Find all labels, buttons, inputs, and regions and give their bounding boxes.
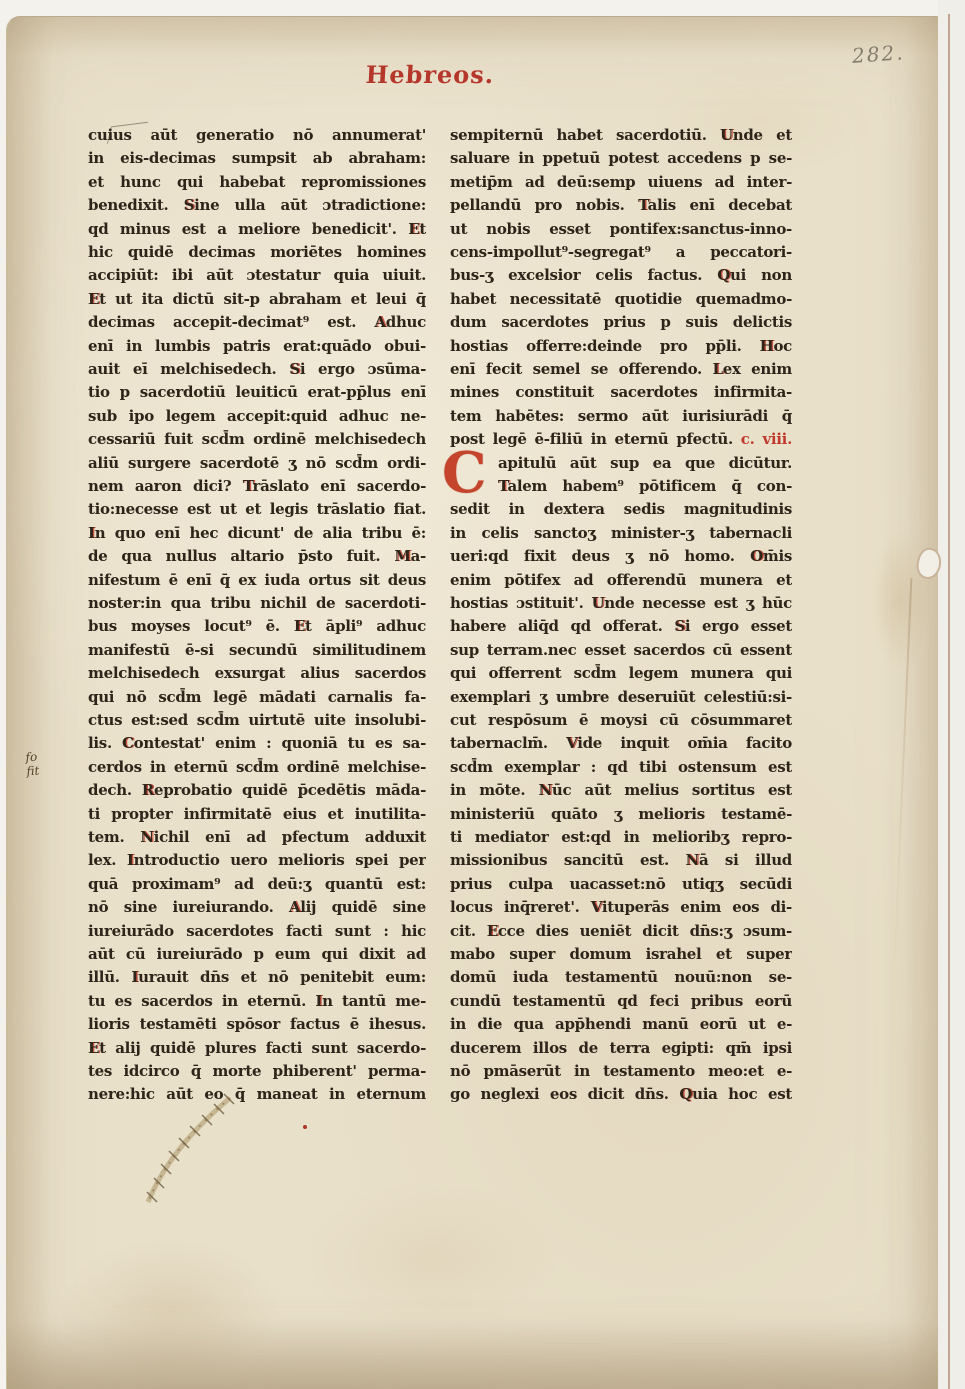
rubricated-capital: N <box>686 851 699 869</box>
text-line: hostias ɔstituit'. Unde necesse est ʒ hū… <box>450 592 792 615</box>
text-line: nō pmāserūt in testamento meo:et e- <box>450 1060 792 1083</box>
text-line: enī fecit semel se offerendo. Lex enim h… <box>450 358 792 381</box>
text-line: domū iuda testamentū nouū:non se- <box>450 966 792 989</box>
rubricated-capital: I <box>315 992 322 1010</box>
text-line: benedixit. Sine ulla aūt ɔtradictione: <box>88 194 426 217</box>
text-line: dum sacerdotes prius p suis delictis <box>450 311 792 334</box>
text-line: exemplari ʒ umbre deseruiūt celestiū:si- <box>450 686 792 709</box>
text-line: decimas accepit-decimat⁹ est. Adhuc <box>88 311 426 334</box>
rubricated-capital: I <box>88 524 95 542</box>
rubricated-capital: T <box>243 477 253 495</box>
text-line: prius culpa uacasset:nō utiqʒ secūdi <box>450 873 792 896</box>
text-line: in die qua app̄hendi manū eorū ut e- <box>450 1013 792 1036</box>
folio-number: 282. <box>851 40 905 68</box>
text-line: ti mediator est:qd in melioribʒ repro- <box>450 826 792 849</box>
rubricated-capital: E <box>88 1039 99 1057</box>
text-line: ut nobis esset pontifex:sanctus-inno- <box>450 218 792 241</box>
text-line: noster:in qua tribu nichil de sacerdoti- <box>88 592 426 615</box>
text-line: hostias offerre:deinde pro pp̄li. Hoc <box>450 335 792 358</box>
text-line: go neglexi eos dicit dn̄s. Quia hoc est <box>450 1083 792 1106</box>
text-line: locus inq̄reret'. Vituperās enim eos di- <box>450 896 792 919</box>
text-line: sup terram.nec esset sacerdos cū essent <box>450 639 792 662</box>
text-line: cit. Ecce dies ueniēt dicit dn̄s:ʒ ɔsum- <box>450 920 792 943</box>
parchment-repair-scar <box>118 1092 268 1242</box>
text-line: in eis-decimas sumpsit ab abraham: <box>88 147 426 170</box>
text-line: ministeriū quāto ʒ melioris testamē- <box>450 803 792 826</box>
rubricated-capital: E <box>294 617 305 635</box>
text-line: sedit in dextera sedis magnitudinis <box>450 498 792 521</box>
text-line: in mōte. Nūc aūt melius sortitus est <box>450 779 792 802</box>
rubricated-capital: L <box>712 360 722 378</box>
text-line: illū. Iurauit dn̄s et nō penitebit eum: <box>88 966 426 989</box>
text-line: bus moyses locut⁹ ē. Et āpli⁹ adhuc <box>88 615 426 638</box>
text-line: Talem habem⁹ pōtificem q̄ con- <box>450 475 792 498</box>
text-line: qui nō scd̄m legē mādati carnalis fa- <box>88 686 426 709</box>
chapter-rubric: c. viii. <box>741 430 792 448</box>
text-line: tes idcirco q̄ morte phiberent' perma- <box>88 1060 426 1083</box>
rubricated-capital: H <box>760 337 774 355</box>
text-line: in celis sanctoʒ minister-ʒ tabernacli <box>450 522 792 545</box>
running-title: Hebreos. <box>0 60 861 89</box>
rubricated-capital: S <box>674 617 685 635</box>
text-line: post legē ē-filiū in eternū pfectū. c. v… <box>450 428 792 451</box>
text-line: cens-impollut⁹-segregat⁹ a peccatori- <box>450 241 792 264</box>
rubricated-capital: S <box>289 360 300 378</box>
text-line: scd̄m exemplar : qd tibi ostensum est <box>450 756 792 779</box>
rubricated-capital: I <box>127 851 134 869</box>
text-line: melchisedech exsurgat alius sacerdos <box>88 662 426 685</box>
text-line: habet necessitatē quotidie quemadmo- <box>450 288 792 311</box>
text-line: Et alij quidē plures facti sunt sacerdo- <box>88 1037 426 1060</box>
rubricated-capital: V <box>591 898 602 916</box>
marginal-note-line: fit <box>26 764 40 779</box>
text-line: dech. Reprobatio quidē p̄cedētis māda- <box>88 779 426 802</box>
rubricated-capital: T <box>498 477 507 495</box>
text-line: ctus est:sed scd̄m uirtutē uite insolubi… <box>88 709 426 732</box>
text-line: tio p sacerdotiū leuiticū erat-pp̄lus en… <box>88 381 426 404</box>
text-line: mabo super domum israhel et super <box>450 943 792 966</box>
text-line: nere:hic aūt eo q̄ maneat in eternum <box>88 1083 426 1106</box>
text-line: iureiurādo sacerdotes facti sunt : hic <box>88 920 426 943</box>
text-line: tabernaclm̄. Vide inquit om̄ia facito <box>450 732 792 755</box>
text-column-left: cuius aūt generatio nō annumerat'in eis-… <box>88 124 426 1109</box>
text-line: bus-ʒ excelsior celis factus. Qui non <box>450 264 792 287</box>
text-line: cut respōsum ē moysi cū cōsummaret <box>450 709 792 732</box>
text-line: habere aliq̄d qd offerat. Si ergo esset <box>450 615 792 638</box>
marginal-note: fo fit <box>25 750 40 779</box>
text-line: aliū surgere sacerdotē ʒ nō scd̄m ordi- <box>88 452 426 475</box>
text-line: apitulū aūt sup ea que dicūtur. <box>450 452 792 475</box>
manuscript-scan: { "page": { "running_title": "Hebreos.",… <box>0 0 965 1389</box>
text-line: quā proximam⁹ ad deū:ʒ quantū est: <box>88 873 426 896</box>
marginal-note-line: fo <box>25 750 39 765</box>
rubricated-capital: R <box>142 781 154 799</box>
text-line: sempiternū habet sacerdotiū. Unde et <box>450 124 792 147</box>
text-line: lis. Contestat' enim : quoniā tu es sa- <box>88 732 426 755</box>
scan-backing-strip <box>938 0 965 1389</box>
text-line: enim pōtifex ad offerendū munera et <box>450 569 792 592</box>
rubricated-capital: A <box>289 898 300 916</box>
rubricated-capital: C <box>122 734 134 752</box>
text-line: nō sine iureiurando. Alij quidē sine <box>88 896 426 919</box>
text-line: nifestum ē enī q̄ ex iuda ortus sit deus <box>88 569 426 592</box>
text-line: auit eī melchisedech. Si ergo ɔsūma- <box>88 358 426 381</box>
rubricated-capital: E <box>88 290 99 308</box>
text-line: qd minus est a meliore benedicit'. Et <box>88 218 426 241</box>
text-line: tem. Nichil enī ad pfectum adduxit <box>88 826 426 849</box>
text-line: cuius aūt generatio nō annumerat' <box>88 124 426 147</box>
rubricated-capital: M <box>394 547 410 565</box>
text-line: ducerem illos de terra egipti: qm̄ ipsi <box>450 1037 792 1060</box>
text-column-right: sempiternū habet sacerdotiū. Unde etsalu… <box>450 124 792 1109</box>
rubricated-capital: E <box>408 220 419 238</box>
text-line: hic quidē decimas moriētes homines <box>88 241 426 264</box>
rubricated-capital: N <box>140 828 153 846</box>
text-line: Et ut ita dictū sit-p abraham et leui q̄ <box>88 288 426 311</box>
text-line: lex. Introductio uero melioris spei per <box>88 849 426 872</box>
text-line: de qua nullus altario p̄sto fuit. Ma- <box>88 545 426 568</box>
text-line: missionibus sancitū est. Nā si illud <box>450 849 792 872</box>
text-line: metip̄m ad deū:semp uiuens ad inter- <box>450 171 792 194</box>
rubricated-capital: Q <box>679 1085 692 1103</box>
text-line: accipiūt: ibi aūt ɔtestatur quia uiuit. <box>88 264 426 287</box>
text-line: et hunc qui habebat repromissiones <box>88 171 426 194</box>
rubricated-capital: Q <box>717 266 730 284</box>
rubricated-capital: A <box>374 313 385 331</box>
rubricated-capital: V <box>566 734 577 752</box>
rubricated-capital: U <box>592 594 605 612</box>
text-line: saluare in ppetuū potest accedens p se- <box>450 147 792 170</box>
text-line: pellandū pro nobis. Talis enī decebat <box>450 194 792 217</box>
text-line: manifestū ē-si secundū similitudinem <box>88 639 426 662</box>
text-line: cundū testamentū qd feci pribus eorū <box>450 990 792 1013</box>
text-line: tio:necesse est ut et legis trāslatio fi… <box>88 498 426 521</box>
text-line: qui offerrent scd̄m legem munera qui <box>450 662 792 685</box>
text-line: lioris testamēti spōsor factus ē ihesus. <box>88 1013 426 1036</box>
rubricated-capital: O <box>750 547 763 565</box>
text-line: cerdos in eternū scd̄m ordinē melchise- <box>88 756 426 779</box>
underpage-edge-line <box>948 14 950 1389</box>
text-block: cuius aūt generatio nō annumerat'in eis-… <box>88 124 794 1114</box>
text-line: ueri:qd fixit deus ʒ nō homo. Om̄is <box>450 545 792 568</box>
text-line: mines constituit sacerdotes infirmita- <box>450 381 792 404</box>
rubricated-capital: I <box>131 968 138 986</box>
text-line: nem aaron dici? Trāslato enī sacerdo- <box>88 475 426 498</box>
rubricated-capital: S <box>184 196 195 214</box>
text-line: tem habētes: sermo aūt iurisiurādi q̄ <box>450 405 792 428</box>
rubricated-capital: U <box>720 126 733 144</box>
text-line: enī in lumbis patris erat:quādo obui- <box>88 335 426 358</box>
rubricated-capital: T <box>638 196 647 214</box>
red-ink-dot <box>303 1125 307 1129</box>
text-line: tu es sacerdos in eternū. In tantū me- <box>88 990 426 1013</box>
text-line: aūt cū iureiurādo p eum qui dixit ad <box>88 943 426 966</box>
text-line: In quo enī hec dicunt' de alia tribu ē: <box>88 522 426 545</box>
text-line: sub ipo legem accepit:quid adhuc ne- <box>88 405 426 428</box>
illuminated-initial: C <box>442 448 487 498</box>
text-line: ti propter infirmitatē eius et inutilita… <box>88 803 426 826</box>
rubricated-capital: E <box>487 922 498 940</box>
rubricated-capital: N <box>538 781 551 799</box>
text-line: cessariū fuit scd̄m ordinē melchisedech <box>88 428 426 451</box>
